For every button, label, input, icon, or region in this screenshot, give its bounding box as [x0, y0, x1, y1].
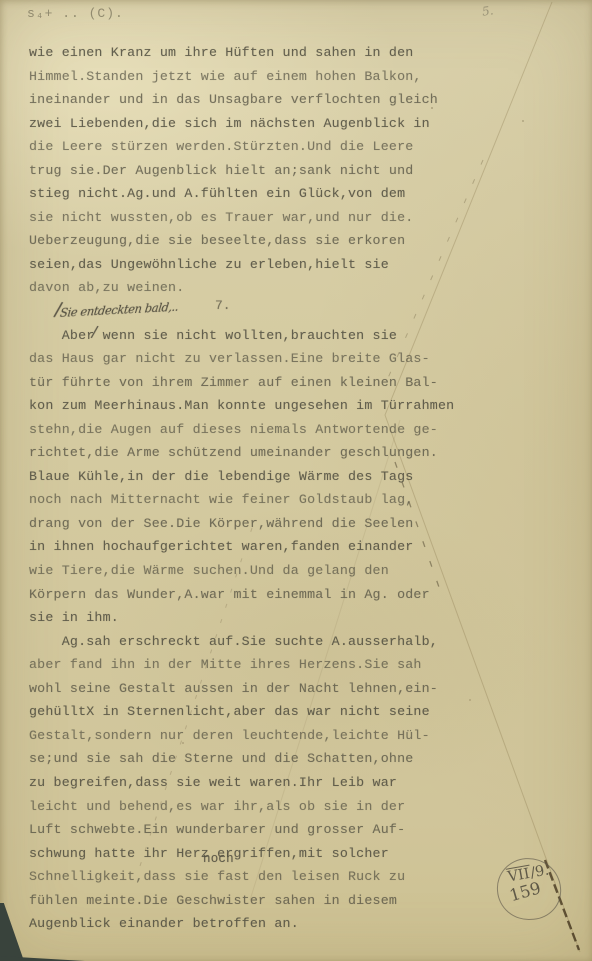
- text-line: se;und sie sah die Sterne und die Schatt…: [29, 747, 479, 771]
- header-code: s₄+ .. (C).: [27, 6, 124, 21]
- page-number-pencil: 5.: [481, 3, 494, 18]
- text-line: richtet,die Arme schützend umeinander ge…: [29, 441, 479, 465]
- interline-insertion-noch: noch: [203, 852, 234, 866]
- text-line: Ag.sah erschreckt auf.Sie suchte A.ausse…: [29, 630, 479, 654]
- text-line: ineinander und in das Unsagbare verfloch…: [29, 88, 479, 112]
- paragraph-1: wie einen Kranz um ihre Hüften und sahen…: [29, 41, 479, 300]
- text-line: das Haus gar nicht zu verlassen.Eine bre…: [29, 347, 479, 371]
- text-line: Himmel.Standen jetzt wie auf einem hohen…: [29, 65, 479, 89]
- text-line: seien,das Ungewöhnliche zu erleben,hielt…: [29, 253, 479, 277]
- scan-bottom-edge: [0, 956, 85, 961]
- text-line: wie einen Kranz um ihre Hüften und sahen…: [29, 41, 479, 65]
- handwritten-annotation: Sie entdeckten bald,..: [59, 300, 179, 320]
- text-line: kon zum Meerhinaus.Man konnte ungesehen …: [29, 394, 479, 418]
- text-line: gehülltX in Sternenlicht,aber das war ni…: [29, 700, 479, 724]
- text-line: wie Tiere,die Wärme suchen.Und da gelang…: [29, 559, 479, 583]
- text-line: Ueberzeugung,die sie beseelte,dass sie e…: [29, 229, 479, 253]
- text-line: sie nicht wussten,ob es Trauer war,und n…: [29, 206, 479, 230]
- text-line: stieg nicht.Ag.und A.fühlten ein Glück,v…: [29, 182, 479, 206]
- text-line: Luft schwebte.Ein wunderbarer und grosse…: [29, 818, 479, 842]
- text-line: die Leere stürzen werden.Stürzten.Und di…: [29, 135, 479, 159]
- text-line: tür führte von ihrem Zimmer auf einen kl…: [29, 371, 479, 395]
- text-line: zu begreifen,dass sie weit waren.Ihr Lei…: [29, 771, 479, 795]
- text-line: Körpern das Wunder,A.war mit einemmal in…: [29, 583, 479, 607]
- text-line: in ihnen hochaufgerichtet waren,fanden e…: [29, 535, 479, 559]
- annotation-number: 7.: [215, 298, 231, 313]
- text-line: leicht und behend,es war ihr,als ob sie …: [29, 795, 479, 819]
- text-line: davon ab,zu weinen.: [29, 276, 479, 300]
- text-line: zwei Liebenden,die sich im nächsten Auge…: [29, 112, 479, 136]
- text-line: noch nach Mitternacht wie feiner Goldsta…: [29, 488, 479, 512]
- text-line: stehn,die Augen auf dieses niemals Antwo…: [29, 418, 479, 442]
- text-line: sie in ihm.: [29, 606, 479, 630]
- text-line: trug sie.Der Augenblick hielt an;sank ni…: [29, 159, 479, 183]
- text-line: aber fand ihn in der Mitte ihres Herzens…: [29, 653, 479, 677]
- archive-stamp: VII/9. 159: [495, 856, 563, 922]
- body-text: wie einen Kranz um ihre Hüften und sahen…: [29, 41, 479, 936]
- text-line: fühlen meinte.Die Geschwister sahen in d…: [29, 889, 479, 913]
- text-line: Augenblick einander betroffen an.: [29, 912, 479, 936]
- typescript-page: s₄+ .. (C). 5. wie einen Kranz um ihre H…: [0, 0, 592, 961]
- text-line: drang von der See.Die Körper,während die…: [29, 512, 479, 536]
- text-line: Schnelligkeit,dass sie fast den leisen R…: [29, 865, 479, 889]
- paragraph-3: Ag.sah erschreckt auf.Sie suchte A.ausse…: [29, 630, 479, 936]
- scan-corner-wedge: [0, 903, 24, 961]
- text-line: Blaue Kühle,in der die lebendige Wärme d…: [29, 465, 479, 489]
- text-line: schwung hatte ihr Herz ergriffen,mit sol…: [29, 842, 479, 866]
- text-line: wohl seine Gestalt aussen in der Nacht l…: [29, 677, 479, 701]
- text-line: Gestalt,sondern nur deren leuchtende,lei…: [29, 724, 479, 748]
- annotation-row: Sie entdeckten bald,.. 7.: [29, 300, 479, 324]
- paragraph-2: Aber wenn sie nicht wollten,brauchten si…: [29, 324, 479, 630]
